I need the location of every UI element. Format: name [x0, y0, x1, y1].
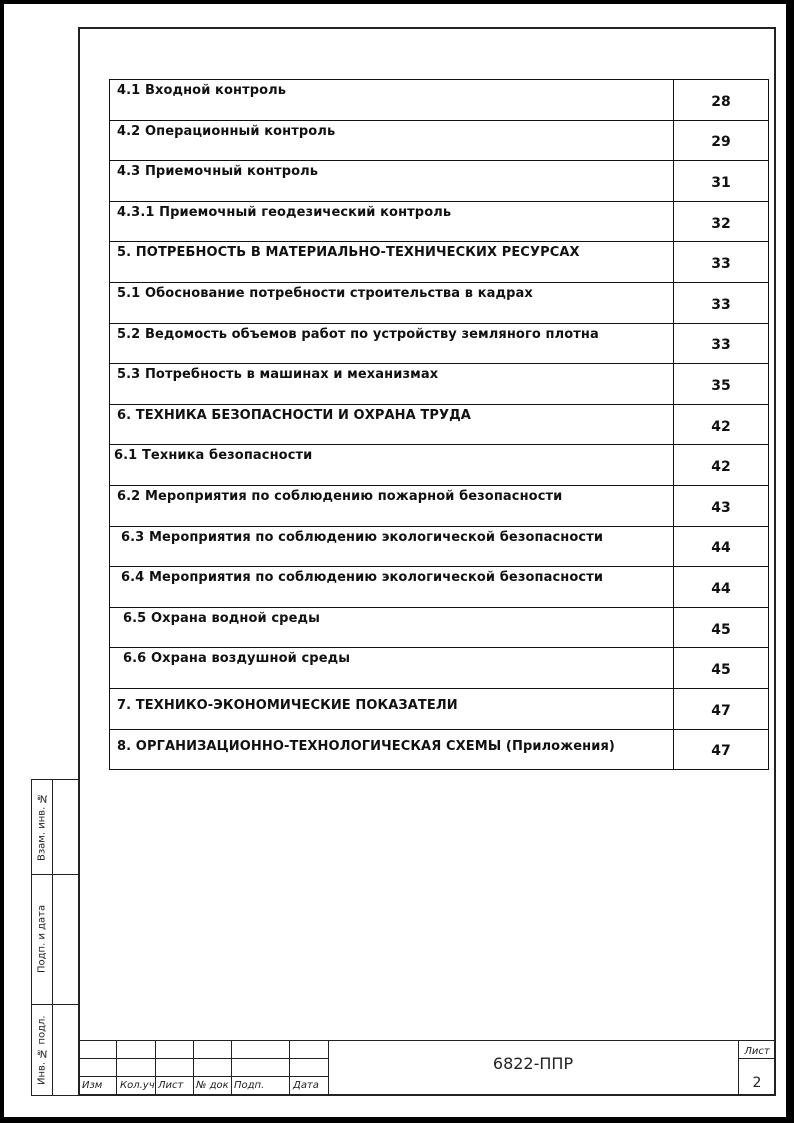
toc-entry-page: 45 — [674, 607, 769, 648]
title-block-col-line — [116, 1040, 117, 1096]
side-stamp: Взам. инв. № Подп. и дата Инв. № подл. — [31, 779, 79, 1096]
sheet-box-divider — [738, 1058, 776, 1059]
title-block-top-border — [78, 1040, 776, 1041]
toc-entry-title: 6.2 Мероприятия по соблюдению пожарной б… — [110, 485, 674, 526]
title-block-col-line — [289, 1040, 290, 1096]
title-block: Изм Кол.уч Лист № док Подп. Дата 6822-ПП… — [78, 1040, 776, 1096]
toc-entry-title: 6.3 Мероприятия по соблюдению экологичес… — [110, 526, 674, 567]
title-block-col-line — [193, 1040, 194, 1096]
toc-entry-page: 33 — [674, 323, 769, 364]
toc-row: 5. ПОТРЕБНОСТЬ В МАТЕРИАЛЬНО-ТЕХНИЧЕСКИХ… — [110, 242, 769, 283]
toc-row: 4.3.1 Приемочный геодезический контроль3… — [110, 201, 769, 242]
toc-entry-page: 33 — [674, 282, 769, 323]
toc-entry-title: 8. ОРГАНИЗАЦИОННО-ТЕХНОЛОГИЧЕСКАЯ СХЕМЫ … — [110, 729, 674, 770]
toc-entry-page: 43 — [674, 485, 769, 526]
toc-entry-page: 42 — [674, 445, 769, 486]
table-of-contents: 4.1 Входной контроль284.2 Операционный к… — [109, 79, 769, 770]
toc-row: 6.5 Охрана водной среды45 — [110, 607, 769, 648]
title-block-col-line — [231, 1040, 232, 1096]
toc-entry-title: 4.1 Входной контроль — [110, 80, 674, 121]
toc-row: 6.1 Техника безопасности42 — [110, 445, 769, 486]
sheet-label: Лист — [738, 1046, 776, 1057]
toc-entry-page: 47 — [674, 729, 769, 770]
toc-entry-title: 6.4 Мероприятия по соблюдению экологичес… — [110, 567, 674, 608]
toc-entry-title: 7. ТЕХНИКО-ЭКОНОМИЧЕСКИЕ ПОКАЗАТЕЛИ — [110, 688, 674, 729]
toc-entry-title: 4.3.1 Приемочный геодезический контроль — [110, 201, 674, 242]
document-code: 6822-ППР — [328, 1054, 738, 1073]
toc-entry-title: 6.1 Техника безопасности — [110, 445, 674, 486]
toc-row: 6. ТЕХНИКА БЕЗОПАСНОСТИ И ОХРАНА ТРУДА42 — [110, 404, 769, 445]
toc-row: 5.3 Потребность в машинах и механизмах35 — [110, 364, 769, 405]
header-count: Кол.уч — [120, 1080, 155, 1091]
toc-row: 4.2 Операционный контроль29 — [110, 120, 769, 161]
toc-entry-title: 5.1 Обоснование потребности строительств… — [110, 282, 674, 323]
header-sheet: Лист — [158, 1080, 183, 1091]
document-sheet: 4.1 Входной контроль284.2 Операционный к… — [4, 4, 786, 1117]
toc-row: 6.6 Охрана воздушной среды45 — [110, 648, 769, 689]
toc-row: 6.4 Мероприятия по соблюдению экологичес… — [110, 567, 769, 608]
header-signature: Подп. — [234, 1080, 264, 1091]
toc-entry-page: 29 — [674, 120, 769, 161]
toc-row: 6.3 Мероприятия по соблюдению экологичес… — [110, 526, 769, 567]
toc-entry-title: 4.2 Операционный контроль — [110, 120, 674, 161]
toc-row: 4.3 Приемочный контроль31 — [110, 161, 769, 202]
toc-entry-page: 45 — [674, 648, 769, 689]
toc-entry-page: 44 — [674, 526, 769, 567]
sheet-number: 2 — [738, 1075, 776, 1091]
toc-entry-title: 5.2 Ведомость объемов работ по устройств… — [110, 323, 674, 364]
header-change: Изм — [82, 1080, 102, 1091]
toc-entry-title: 5. ПОТРЕБНОСТЬ В МАТЕРИАЛЬНО-ТЕХНИЧЕСКИХ… — [110, 242, 674, 283]
toc-entry-page: 35 — [674, 364, 769, 405]
side-label-replacement-inv: Взам. инв. № — [34, 780, 50, 874]
toc-entry-page: 28 — [674, 80, 769, 121]
toc-row: 8. ОРГАНИЗАЦИОННО-ТЕХНОЛОГИЧЕСКАЯ СХЕМЫ … — [110, 729, 769, 770]
toc-entry-title: 6.5 Охрана водной среды — [110, 607, 674, 648]
toc-row: 6.2 Мероприятия по соблюдению пожарной б… — [110, 485, 769, 526]
header-date: Дата — [293, 1080, 319, 1091]
title-block-col-line — [155, 1040, 156, 1096]
toc-entry-title: 6.6 Охрана воздушной среды — [110, 648, 674, 689]
toc-row: 5.2 Ведомость объемов работ по устройств… — [110, 323, 769, 364]
toc-row: 4.1 Входной контроль28 — [110, 80, 769, 121]
toc-entry-title: 5.3 Потребность в машинах и механизмах — [110, 364, 674, 405]
toc-entry-page: 31 — [674, 161, 769, 202]
toc-entry-page: 42 — [674, 404, 769, 445]
toc-entry-page: 44 — [674, 567, 769, 608]
side-label-original-inv: Инв. № подл. — [34, 1004, 50, 1097]
toc-entry-title: 4.3 Приемочный контроль — [110, 161, 674, 202]
toc-entry-page: 33 — [674, 242, 769, 283]
toc-row: 7. ТЕХНИКО-ЭКОНОМИЧЕСКИЕ ПОКАЗАТЕЛИ47 — [110, 688, 769, 729]
toc-row: 5.1 Обоснование потребности строительств… — [110, 282, 769, 323]
toc-entry-page: 32 — [674, 201, 769, 242]
toc-entry-page: 47 — [674, 688, 769, 729]
header-doc-number: № док — [196, 1080, 229, 1091]
side-label-signature-date: Подп. и дата — [34, 874, 50, 1004]
toc-entry-title: 6. ТЕХНИКА БЕЗОПАСНОСТИ И ОХРАНА ТРУДА — [110, 404, 674, 445]
